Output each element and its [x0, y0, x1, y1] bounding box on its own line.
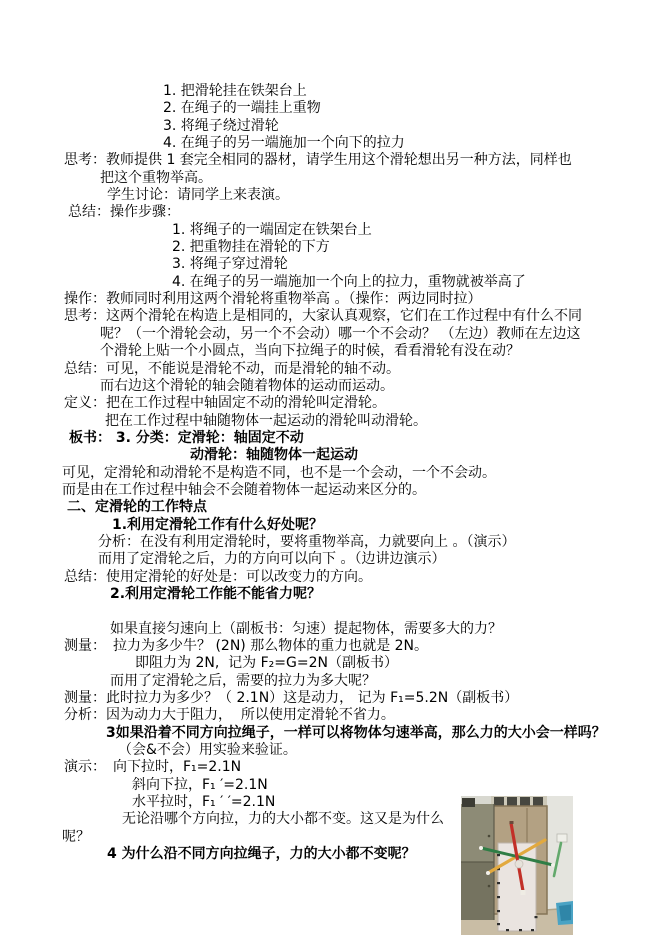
cabinet-handle: [488, 835, 491, 838]
text-line: 可见，定滑轮和动滑轮不是构造不同，也不是一个会动，一个不会动。: [62, 465, 637, 482]
text-line: 测量：此时拉力为多少？（ 2.1N）这是动力， 记为 F₁=5.2N（副板书）: [62, 690, 637, 707]
text-line: 测量： 拉力为多少牛？ (2N) 那么物体的重力也就是 2N。: [62, 638, 637, 655]
stick-cap: [551, 863, 555, 867]
stick-cap: [521, 890, 526, 895]
text-line: 二、定滑轮的工作特点: [62, 499, 637, 516]
text-line: 而是由在工作过程中轴会不会随着物体一起运动来区分的。: [62, 482, 637, 499]
document-body: 1. 把滑轮挂在铁架台上2. 在绳子的一端挂上重物3. 将绳子绕过滑轮4. 在绳…: [62, 83, 637, 863]
transom-pane: [520, 797, 530, 806]
document-page: 1. 把滑轮挂在铁架台上2. 在绳子的一端挂上重物3. 将绳子绕过滑轮4. 在绳…: [0, 0, 661, 935]
text-line: 思考：教师提供 1 套完全相同的器材，请学生用这个滑轮想出另一种方法，同样也: [62, 152, 637, 169]
text-line: 把这个重物举高。: [62, 170, 637, 187]
text-line: （会&不会）用实验来验证。: [62, 742, 637, 759]
text-line: 动滑轮：轴随物体一起运动: [62, 447, 637, 464]
text-line: 而用了定滑轮之后，需要的拉力为多大呢？: [62, 673, 637, 690]
text-line: 板书： 3. 分类：定滑轮：轴固定不动: [62, 430, 637, 447]
transom-pane: [494, 797, 504, 806]
text-line: 定义：把在工作过程中轴固定不动的滑轮叫定滑轮。: [62, 395, 637, 412]
text-line: 操作：教师同时利用这两个滑轮将重物举高 。（操作：两边同时拉）: [62, 291, 637, 308]
text-line: 如果直接匀速向上（副板书：匀速）提起物体，需要多大的力？: [62, 621, 637, 638]
stick-cap: [486, 871, 490, 875]
text-line: 总结：操作步骤：: [62, 204, 637, 221]
text-line: 4. 在绳子的另一端施加一个向下的拉力: [62, 135, 637, 152]
text-line: 思考：这两个滑轮在构造上是相同的，大家认真观察，它们在工作过程中有什么不同: [62, 308, 637, 325]
text-line: 1. 将绳子的一端固定在铁架台上: [62, 222, 637, 239]
transom-pane: [507, 797, 517, 806]
experiment-photo: [461, 796, 573, 935]
blank-line: [62, 603, 637, 620]
text-line: 2.利用定滑轮工作能不能省力呢？: [62, 586, 637, 603]
text-line: 斜向下拉，F₁ ′=2.1N: [62, 777, 637, 794]
text-line: 3. 将绳子绕过滑轮: [62, 118, 637, 135]
text-line: 学生讨论：请同学上来表演。: [62, 187, 637, 204]
text-line: 4. 在绳子的另一端施加一个向上的拉力，重物就被举高了: [62, 274, 637, 291]
text-line: 分析：因为动力大于阻力， 所以使用定滑轮不省力。: [62, 707, 637, 724]
text-line: 把在工作过程中轴随物体一起运动的滑轮叫动滑轮。: [62, 413, 637, 430]
text-line: 而右边这个滑轮的轴会随着物体的运动而运动。: [62, 378, 637, 395]
text-line: 总结：使用定滑轮的好处是：可以改变力的方向。: [62, 569, 637, 586]
text-line: 个滑轮上贴一个小圆点，当向下拉绳子的时候，看看滑轮有没在动？: [62, 343, 637, 360]
transom-pane: [533, 797, 543, 806]
cabinet-handle: [488, 885, 491, 888]
text-line: 1. 把滑轮挂在铁架台上: [62, 83, 637, 100]
text-line: 呢？（一个滑轮会动，另一个不会动）哪一个不会动？ （左边）教师在左边这: [62, 326, 637, 343]
text-line: 1.利用定滑轮工作有什么好处呢？: [62, 517, 637, 534]
text-line: 即阻力为 2N, 记为 F₂=G=2N（副板书）: [62, 655, 637, 672]
stick-cap: [479, 846, 483, 850]
text-line: 而用了定滑轮之后，力的方向可以向下 。（边讲边演示）: [62, 551, 637, 568]
text-line: 3. 将绳子穿过滑轮: [62, 256, 637, 273]
text-line: 3如果沿着不同方向拉绳子，一样可以将物体匀速举高，那么力的大小会一样吗？: [62, 725, 637, 742]
text-line: 2. 在绳子的一端挂上重物: [62, 100, 637, 117]
light-switch: [557, 834, 567, 842]
text-line: 分析：在没有利用定滑轮时，要将重物举高，力就要向上 。（演示）: [62, 534, 637, 551]
blue-basin-inner: [559, 905, 571, 922]
text-line: 演示： 向下拉时，F₁=2.1N: [62, 759, 637, 776]
text-line: 2. 把重物挂在滑轮的下方: [62, 239, 637, 256]
stick-hub: [515, 860, 523, 868]
cabinet-top-items: [462, 798, 475, 807]
text-line: 总结：可见，不能说是滑轮不动，而是滑轮的轴不动。: [62, 361, 637, 378]
red-stick-top-mark: [510, 821, 514, 824]
